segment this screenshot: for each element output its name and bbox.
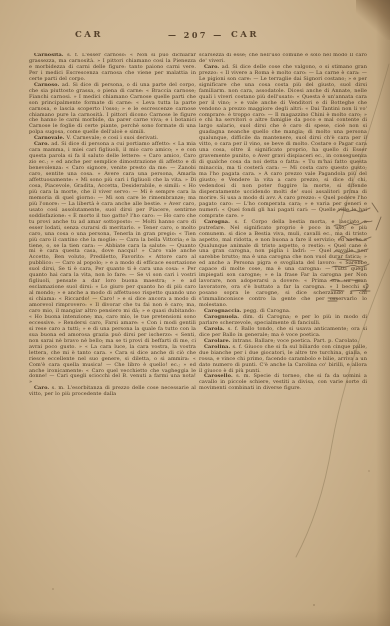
page-edge-shading <box>376 0 390 626</box>
entry-body: s. f. Ballo tondo, che si usava anticame… <box>199 326 367 338</box>
header-keyword-right: CAR <box>231 30 259 40</box>
entry-body: s. f. Corpo della bestia morta, e lascia… <box>199 219 367 308</box>
entry-body: s. f. L'esser carnoso: « Non si può dich… <box>29 53 196 82</box>
dictionary-entry: Carnoso. ad. Si dice di persona, o di un… <box>29 83 196 137</box>
entry-body: ad. Si dice di persona a cui portiamo af… <box>29 141 196 385</box>
entry-body: ad. Si dice di persona, o di una parte d… <box>29 82 196 136</box>
dictionary-entry: Carogna. s. f. Corpo della bestia morta,… <box>199 220 367 309</box>
paper-speck <box>313 604 315 606</box>
entry-body: s. m. L'esorbitanza di prezzo delle cose… <box>29 385 196 397</box>
page-edge-shading-bottom <box>0 610 390 626</box>
page-number: — 207 — <box>168 30 224 40</box>
header-keyword-left: CAR <box>75 30 103 40</box>
dictionary-entry: Caro. ad. Si dice delle cose che valgono… <box>199 65 367 220</box>
scanned-dictionary-page: CAR — 207 — CAR Carnosità. s. f. L'esser… <box>0 0 390 626</box>
paper-speck <box>52 588 54 590</box>
dictionary-entry: Carolina. s. f. Giuoco che si fa sul bil… <box>199 345 367 375</box>
dictionary-entry: Carosello. s. m. Specie di torneo, che s… <box>199 374 367 392</box>
text-column-left: Carnosità. s. f. L'esser carnoso: « Non … <box>29 53 196 566</box>
dictionary-entry: Carnosità. s. f. L'esser carnoso: « Non … <box>29 53 196 83</box>
running-header: CAR — 207 — CAR <box>0 30 390 42</box>
dictionary-entry: Caro. s. m. L'esorbitanza di prezzo dell… <box>29 386 196 398</box>
text-column-right: scarsezza di esse; che nell'uso comune è… <box>199 53 367 559</box>
entry-body: scarsezza di esse; che nell'uso comune è… <box>199 53 367 64</box>
paper-speck <box>368 470 370 472</box>
entry-body: ad. Si dice delle cose che valgono, o si… <box>199 64 367 219</box>
dictionary-entry: Caro. ad. Si dice di persona a cui porti… <box>29 142 196 386</box>
